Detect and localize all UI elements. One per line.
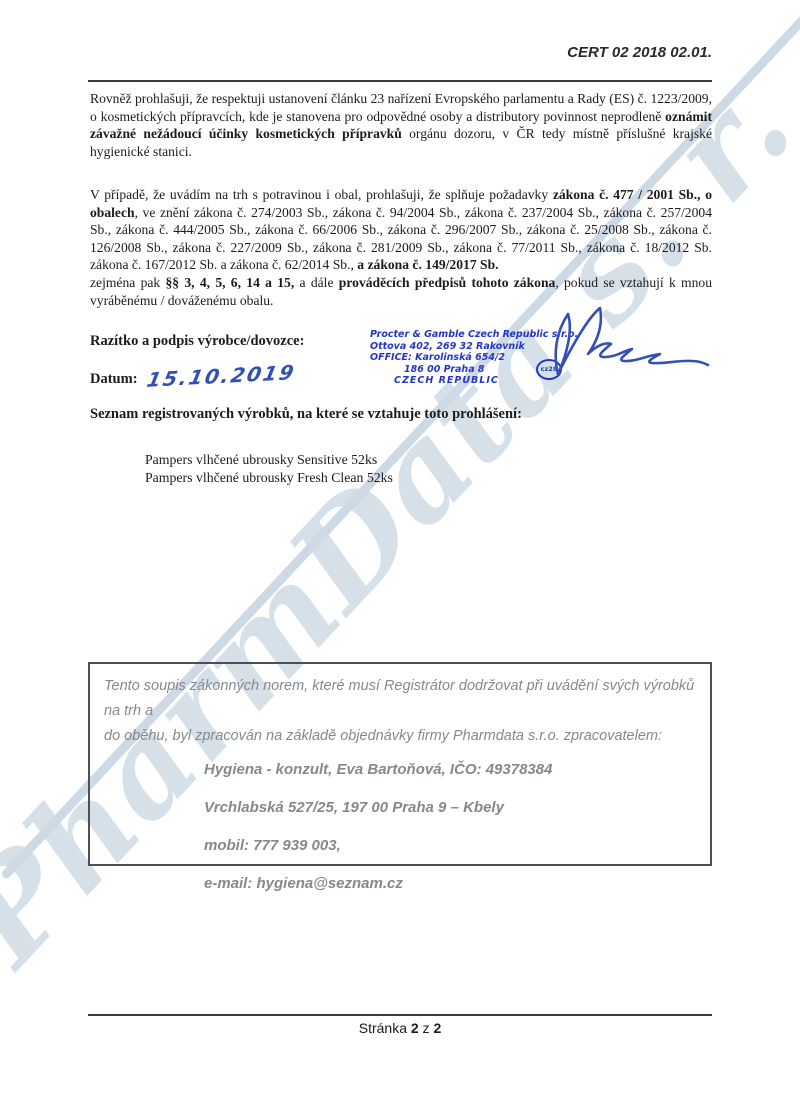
document-code: CERT 02 2018 02.01. xyxy=(567,44,712,61)
processor-intro-line-2: do oběhu, byl zpracován na základě objed… xyxy=(104,724,696,749)
processor-contact-name: Hygiena - konzult, Eva Bartoňová, IČO: 4… xyxy=(104,761,696,778)
signature-icon xyxy=(548,300,713,392)
processor-contact-email: e-mail: hygiena@seznam.cz xyxy=(104,875,696,892)
processor-contact-address: Vrchlabská 527/25, 197 00 Praha 9 – Kbel… xyxy=(104,799,696,816)
product-item: Pampers vlhčené ubrousky Sensitive 52ks xyxy=(145,451,393,469)
date-label: Datum: xyxy=(90,371,138,387)
product-item: Pampers vlhčené ubrousky Fresh Clean 52k… xyxy=(145,469,393,487)
paragraph-packaging-law: V případě, že uvádím na trh s potravinou… xyxy=(90,186,712,309)
processor-contact-mobile: mobil: 777 939 003, xyxy=(104,837,696,854)
footer-page-number: 2 xyxy=(411,1020,419,1036)
stamp-signature-label: Razítko a podpis výrobce/dovozce: xyxy=(90,333,304,350)
footer-divider xyxy=(88,1014,712,1016)
handwritten-signature xyxy=(548,300,713,397)
paragraph-packaging-law-text: V případě, že uvádím na trh s potravinou… xyxy=(90,186,712,274)
registered-products-heading: Seznam registrovaných výrobků, na které … xyxy=(90,406,522,423)
header-divider xyxy=(88,80,712,82)
processor-info-box: Tento soupis zákonných norem, které musí… xyxy=(88,662,712,866)
footer-page-total: 2 xyxy=(433,1020,441,1036)
handwritten-date: 15.10.2019 xyxy=(144,360,297,392)
page-number-footer: Stránka 2 z 2 xyxy=(0,1020,800,1036)
watermark-layer: PharmData s. r. o. xyxy=(0,0,800,1100)
paragraph-cosmetics-declaration: Rovněž prohlašuji, že respektuji ustanov… xyxy=(90,90,712,160)
footer-prefix: Stránka xyxy=(359,1020,411,1036)
footer-separator: z xyxy=(419,1020,434,1036)
registered-products-list: Pampers vlhčené ubrousky Sensitive 52ks … xyxy=(145,451,393,487)
date-row: Datum:15.10.2019 xyxy=(90,364,294,388)
processor-intro-line-1: Tento soupis zákonných norem, které musí… xyxy=(104,674,696,724)
